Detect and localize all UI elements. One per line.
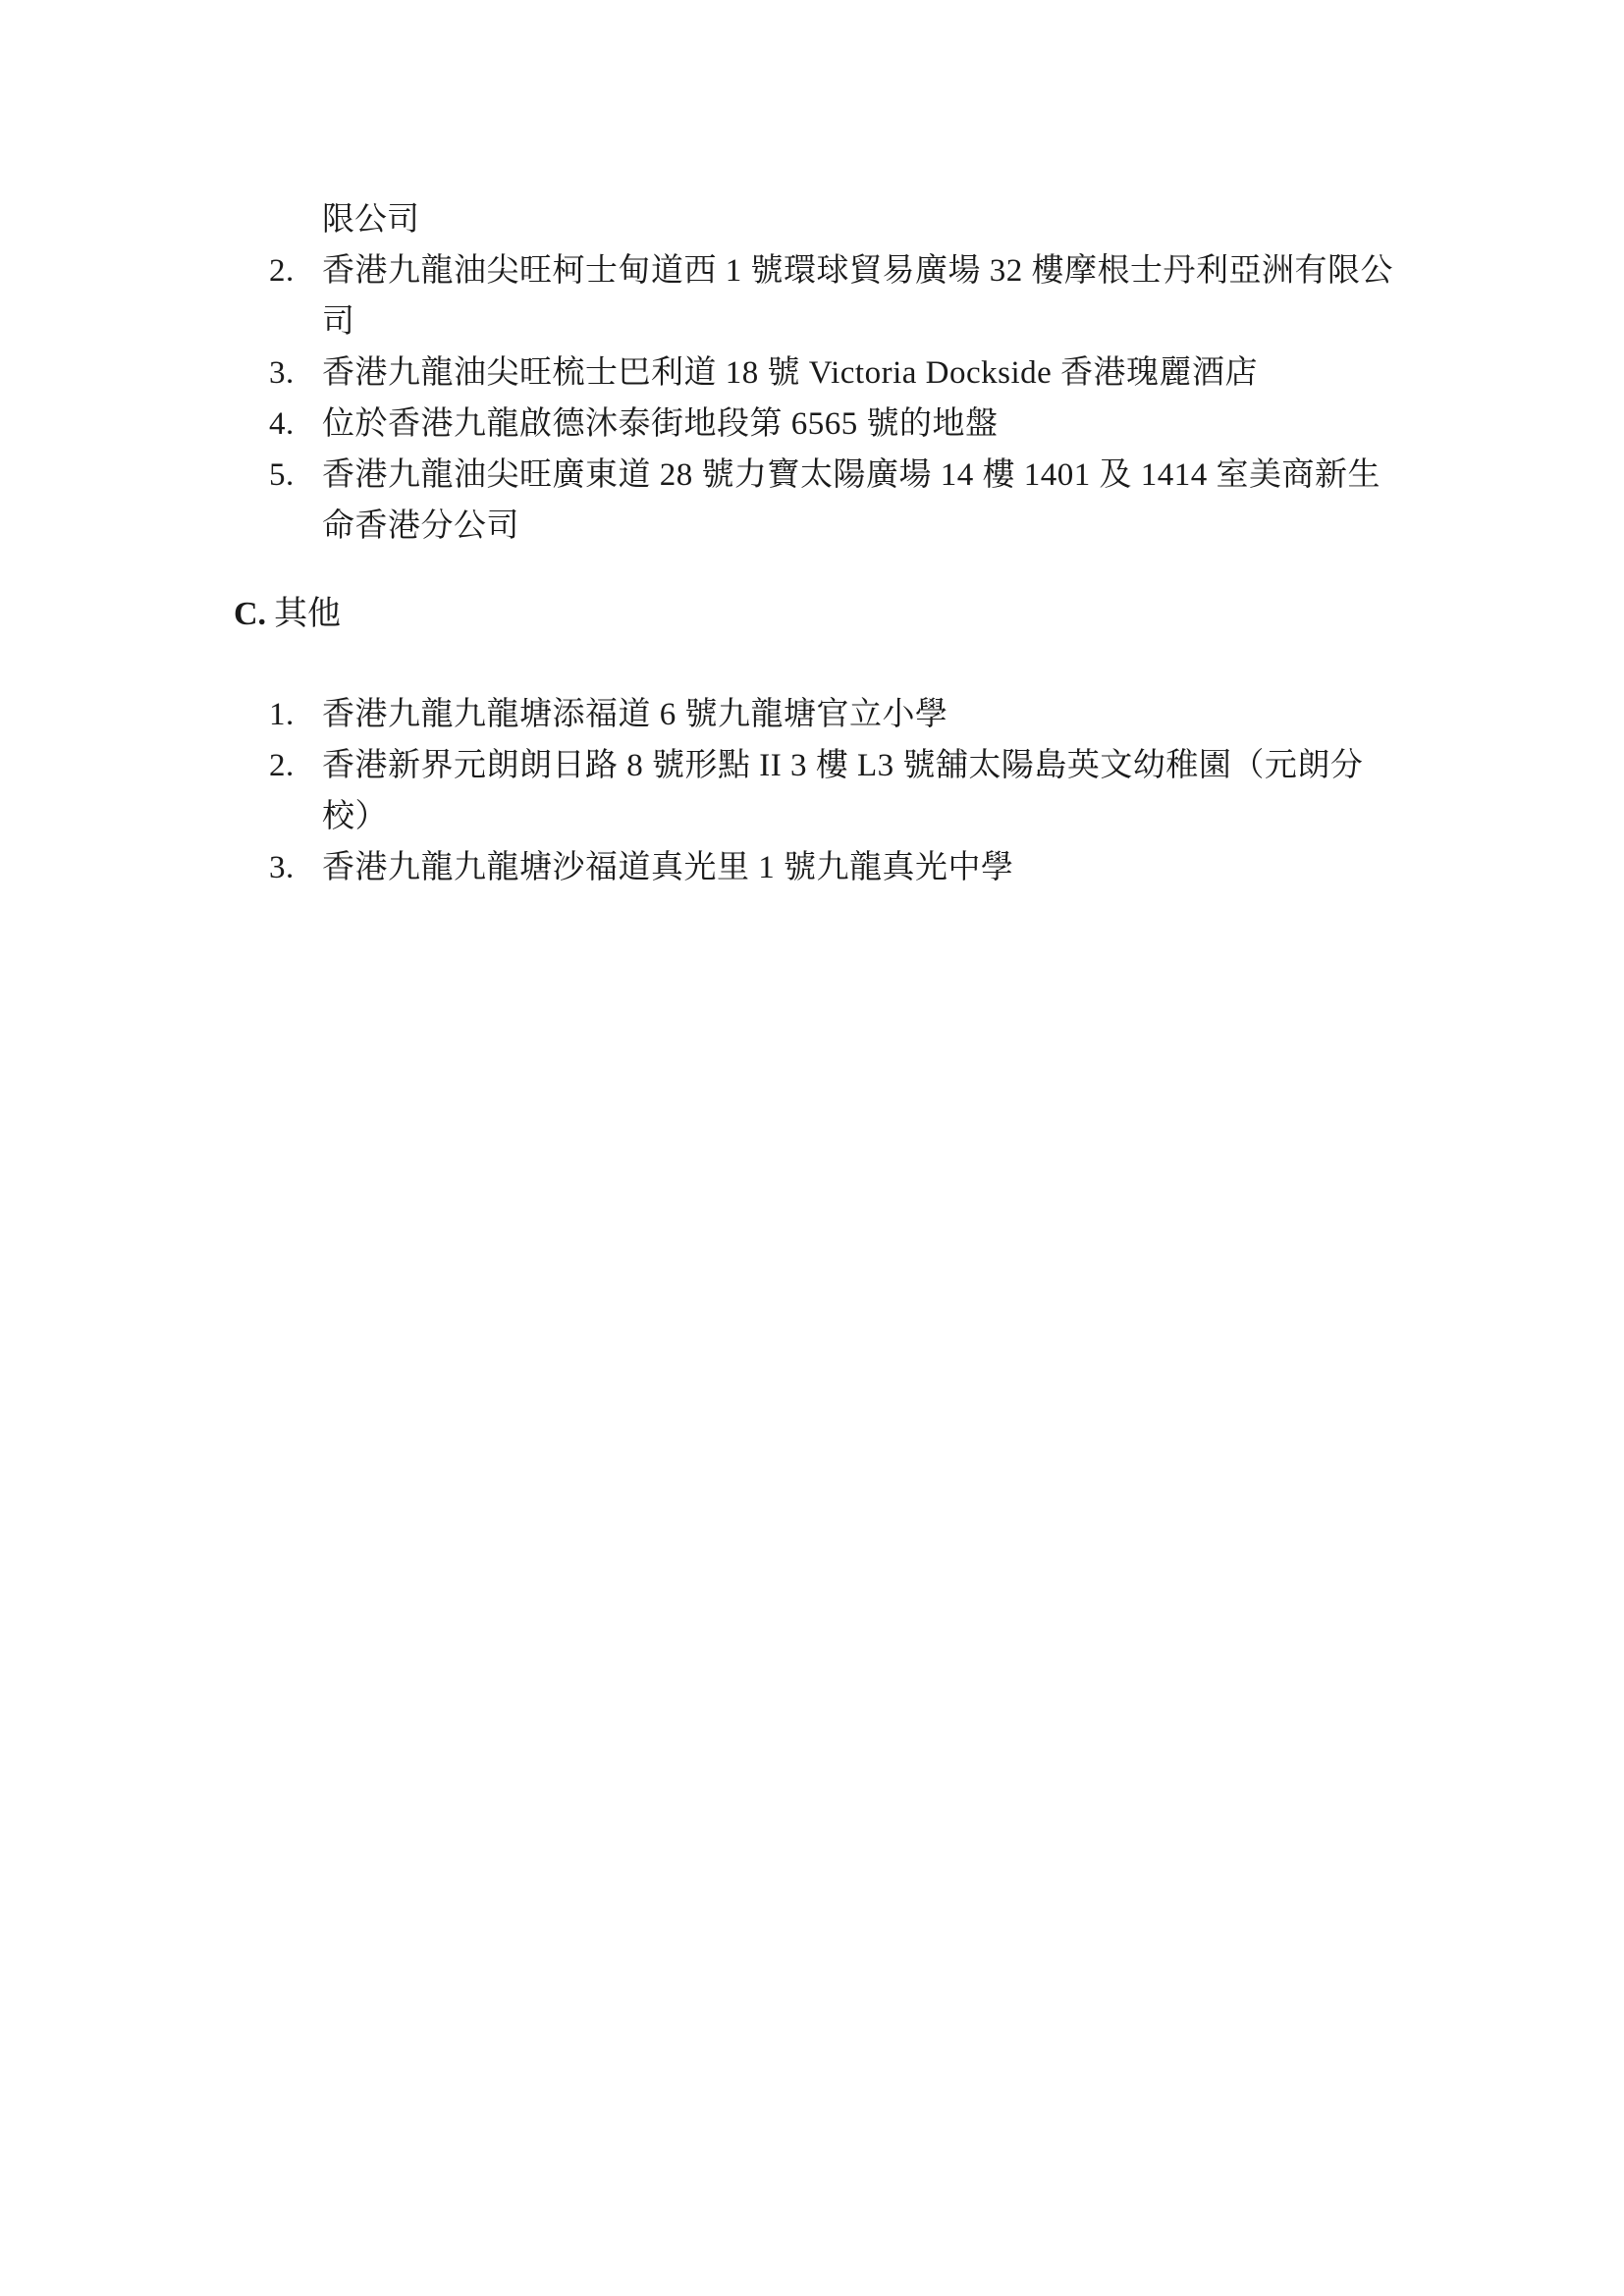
list-item-number: 1. xyxy=(269,689,295,740)
list-item-number: 2. xyxy=(269,740,295,791)
list-item-text: 香港九龍油尖旺柯士甸道西 1 號環球貿易廣場 32 樓摩根士丹利亞洲有限公司 xyxy=(322,253,1393,340)
list-item-number: 4. xyxy=(269,399,295,450)
list-item-text: 香港新界元朗朗日路 8 號形點 II 3 樓 L3 號舖太陽島英文幼稚園（元朗分… xyxy=(322,748,1363,834)
list-item-number: 3. xyxy=(269,842,295,893)
list-item-text: 香港九龍九龍塘沙福道真光里 1 號九龍真光中學 xyxy=(322,850,1014,885)
list-item: 2. 香港新界元朗朗日路 8 號形點 II 3 樓 L3 號舖太陽島英文幼稚園（… xyxy=(0,740,1402,842)
list-item-text: 香港九龍油尖旺梳士巴利道 18 號 Victoria Dockside 香港瑰麗… xyxy=(322,355,1258,391)
list-item-number: 5. xyxy=(269,450,295,501)
list-item-text: 位於香港九龍啟德沐泰街地段第 6565 號的地盤 xyxy=(322,406,999,442)
list-item-number: 3. xyxy=(269,347,295,399)
list-item-text: 香港九龍九龍塘添福道 6 號九龍塘官立小學 xyxy=(322,697,948,732)
continuation-line: 限公司 xyxy=(322,194,419,245)
list-item-number: 2. xyxy=(269,245,295,296)
section-c-list: 1. 香港九龍九龍塘添福道 6 號九龍塘官立小學 2. 香港新界元朗朗日路 8 … xyxy=(0,689,1402,893)
section-heading: C.其他 xyxy=(234,589,341,640)
list-item: 2. 香港九龍油尖旺柯士甸道西 1 號環球貿易廣場 32 樓摩根士丹利亞洲有限公… xyxy=(0,245,1402,347)
list-item: 4. 位於香港九龍啟德沐泰街地段第 6565 號的地盤 xyxy=(0,399,1402,450)
list-item: 1. 香港九龍九龍塘添福道 6 號九龍塘官立小學 xyxy=(0,689,1402,740)
section-title: 其他 xyxy=(274,596,341,632)
list-item: 3. 香港九龍油尖旺梳士巴利道 18 號 Victoria Dockside 香… xyxy=(0,347,1402,399)
list-item: 3. 香港九龍九龍塘沙福道真光里 1 號九龍真光中學 xyxy=(0,842,1402,893)
list-item-text: 香港九龍油尖旺廣東道 28 號力寶太陽廣場 14 樓 1401 及 1414 室… xyxy=(322,457,1380,544)
section-label: C. xyxy=(234,596,266,632)
list-item: 5. 香港九龍油尖旺廣東道 28 號力寶太陽廣場 14 樓 1401 及 141… xyxy=(0,450,1402,552)
document-page: 限公司 2. 香港九龍油尖旺柯士甸道西 1 號環球貿易廣場 32 樓摩根士丹利亞… xyxy=(0,0,1624,2296)
section-b-list: 2. 香港九龍油尖旺柯士甸道西 1 號環球貿易廣場 32 樓摩根士丹利亞洲有限公… xyxy=(0,245,1402,552)
